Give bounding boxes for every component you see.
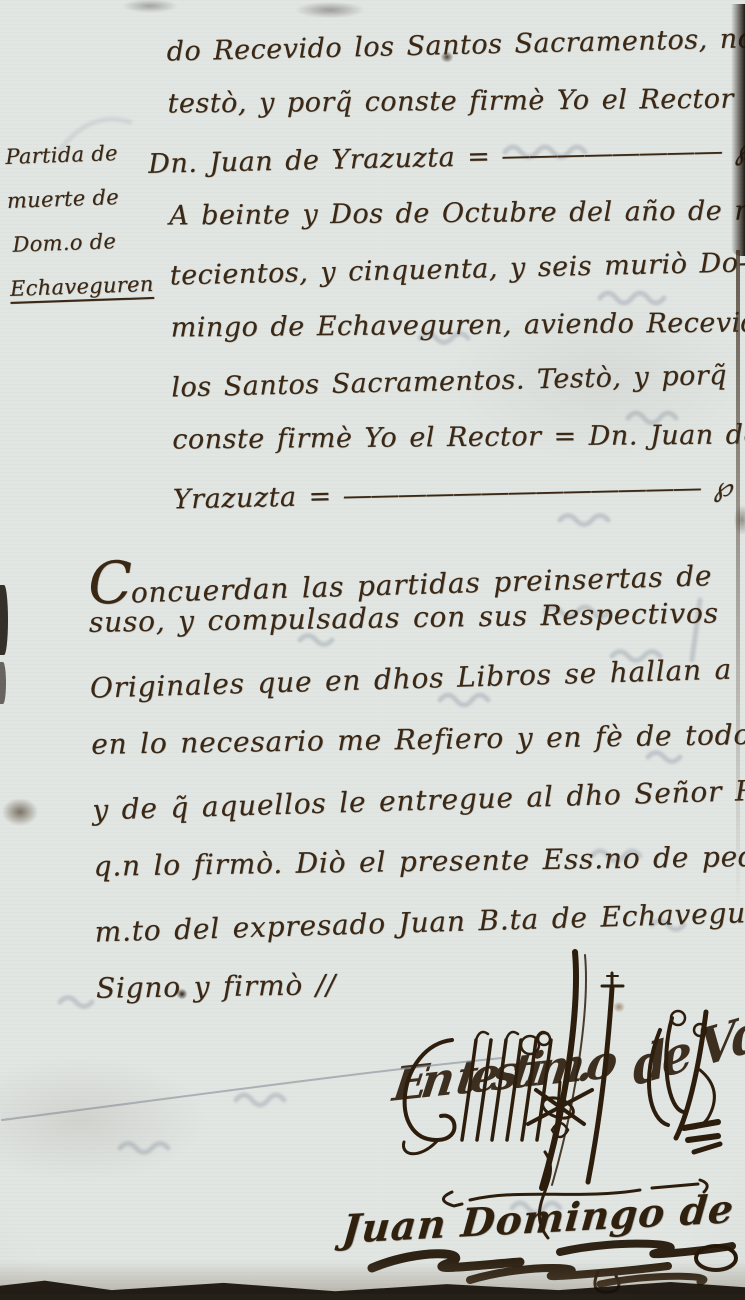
page-edge-shadow-right-top [731, 4, 745, 256]
page-edge-mark-left-lower [0, 662, 6, 704]
notarial-sign-and-rubric-flourishes [0, 0, 745, 1300]
page-edge-mark-left-upper [0, 585, 8, 655]
manuscript-page: Partida demuerte deDom.o deEchaveguren d… [0, 0, 745, 1300]
page-edge-line-right [736, 250, 740, 910]
